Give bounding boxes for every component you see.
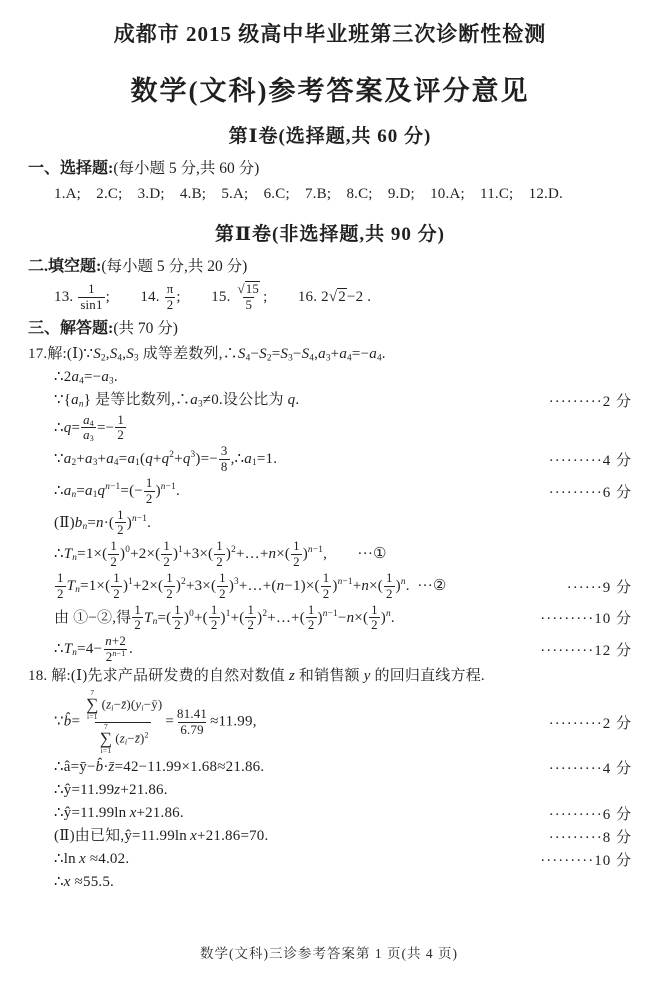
fraction: 12	[291, 539, 302, 570]
fraction: 12	[214, 539, 225, 570]
line-content: ∵b̂=7∑i=1(zi−z̄)(yi−ȳ)7∑i=1(zi−z̄)2=81.4…	[54, 689, 257, 756]
line-content: 18. 解:(Ⅰ)先求产品研发费的自然对数值 z 和销售额 y 的回归直线方程.	[28, 666, 485, 688]
score-mark: ·········10 分	[532, 607, 632, 628]
section-heading: 第Ⅱ卷(非选择题,共 90 分)	[28, 219, 632, 246]
part-heading: 二.填空题:(每小题 5 分,共 20 分)	[28, 255, 632, 279]
answer-key-title: 数学(文科)参考答案及评分意见	[28, 69, 632, 108]
solution-line: ∴Tn=1×(12)0+2×(12)1+3×(12)2+…+n×(12)n−1,…	[28, 539, 632, 570]
solution-line: 由 ①−②,得12Tn=(12)0+(12)1+(12)2+…+(12)n−1−…	[28, 603, 632, 634]
radical: √15	[238, 281, 261, 296]
score-mark: ·········4 分	[541, 449, 632, 470]
line-content: 12Tn=1×(12)1+2×(12)2+3×(12)3+…+(n−1)×(12…	[54, 571, 447, 602]
document-page: 成都市 2015 级高中毕业班第三次诊断性检测 数学(文科)参考答案及评分意见 …	[0, 0, 658, 984]
fraction: 12	[384, 571, 395, 602]
part-heading-label: 一、选择题:	[28, 160, 113, 177]
line-content: ∴ln x ≈4.02.	[54, 849, 129, 871]
fraction: 12	[172, 603, 183, 634]
summation: 7∑i=1	[100, 723, 112, 756]
part-heading-note: (每小题 5 分,共 60 分)	[113, 160, 259, 177]
fraction: 12	[245, 603, 256, 634]
solution-line: (Ⅱ)由已知,ŷ=11.99ln x+21.86=70.·········8 分	[28, 825, 632, 847]
fraction: 12	[115, 508, 126, 539]
document-body: 第Ⅰ卷(选择题,共 60 分)一、选择题:(每小题 5 分,共 60 分)1.A…	[28, 121, 632, 893]
line-content: 1.A; 2.C; 3.D; 4.B; 5.A; 6.C; 7.B; 8.C; …	[54, 184, 563, 206]
score-mark: ·········8 分	[541, 826, 632, 847]
answer-line: 1.A; 2.C; 3.D; 4.B; 5.A; 6.C; 7.B; 8.C; …	[28, 184, 632, 206]
fraction: 12	[321, 571, 332, 602]
score-mark: ·········4 分	[541, 757, 632, 778]
fraction: π2	[165, 282, 176, 313]
line-content: ∴an=a1qn−1=(−12)n−1.	[54, 476, 180, 507]
fraction: 1sin1	[78, 282, 104, 313]
fraction: 38	[219, 444, 230, 475]
solution-line: ∴ln x ≈4.02.·········10 分	[28, 848, 632, 870]
solution-line: 17.解:(Ⅰ)∵S2,S4,S3 成等差数列,∴S4−S2=S3−S4,a3+…	[28, 344, 632, 366]
solution-line: ∵b̂=7∑i=1(zi−z̄)(yi−ȳ)7∑i=1(zi−z̄)2=81.4…	[28, 689, 632, 756]
fraction: 7∑i=1(zi−z̄)(yi−ȳ)7∑i=1(zi−z̄)2	[81, 689, 164, 756]
score-mark: ·········10 分	[532, 849, 632, 870]
line-content: 13. 1sin1; 14. π2; 15. √155; 16. 2√2−2 .	[54, 282, 371, 313]
part-heading-note: (每小题 5 分,共 20 分)	[101, 258, 247, 275]
page-footer: 数学(文科)三诊参考答案第 1 页(共 4 页)	[0, 942, 658, 962]
score-mark: ·········2 分	[541, 390, 632, 411]
score-mark: ·········12 分	[532, 639, 632, 660]
line-content: ∴â=ȳ−b̂·z̄=42−11.99×1.68≈21.86.	[54, 757, 264, 779]
fraction: n+22n−1	[103, 634, 128, 665]
score-mark: ·········6 分	[541, 481, 632, 502]
fraction: 12	[369, 603, 380, 634]
fraction: a4a3	[81, 413, 96, 444]
fraction: 12	[108, 539, 119, 570]
fraction: 12	[209, 603, 220, 634]
line-content: ∴ŷ=11.99ln x+21.86.	[54, 803, 184, 825]
fraction: 12	[164, 571, 175, 602]
line-content: 17.解:(Ⅰ)∵S2,S4,S3 成等差数列,∴S4−S2=S3−S4,a3+…	[28, 344, 386, 366]
solution-line: ∴Tn=4−n+22n−1.·········12 分	[28, 634, 632, 665]
part-heading: 三、解答题:(共 70 分)	[28, 317, 632, 341]
part-heading: 一、选择题:(每小题 5 分,共 60 分)	[28, 157, 632, 181]
fraction: 12	[306, 603, 317, 634]
fraction: 12	[111, 571, 122, 602]
solution-line: ∴ŷ=11.99ln x+21.86.·········6 分	[28, 802, 632, 824]
fraction: 12	[161, 539, 172, 570]
solution-line: ∵{an} 是等比数列,∴a3≠0.设公比为 q.·········2 分	[28, 390, 632, 412]
line-content: ∴x ≈55.5.	[54, 872, 114, 894]
solution-line: ∴â=ȳ−b̂·z̄=42−11.99×1.68≈21.86.·········…	[28, 756, 632, 778]
fraction: 12	[55, 571, 66, 602]
line-content: ∴q=a4a3=−12	[54, 413, 127, 444]
solution-line: (Ⅱ)bn=n·(12)n−1.	[28, 508, 632, 539]
exam-title: 成都市 2015 级高中毕业班第三次诊断性检测	[28, 18, 632, 48]
solution-line: ∴x ≈55.5.	[28, 871, 632, 893]
solution-line: ∵a2+a3+a4=a1(q+q2+q3)=−38,∴a1=1.········…	[28, 444, 632, 475]
summation: 7∑i=1	[86, 689, 98, 722]
radical: √2	[329, 288, 347, 305]
section-heading: 第Ⅰ卷(选择题,共 60 分)	[28, 121, 632, 148]
part-heading-label: 二.填空题:	[28, 258, 101, 275]
solution-line: ∴an=a1qn−1=(−12)n−1.·········6 分	[28, 476, 632, 507]
line-content: ∵{an} 是等比数列,∴a3≠0.设公比为 q.	[54, 390, 299, 412]
fraction: 12	[217, 571, 228, 602]
fraction: √155	[236, 282, 263, 313]
part-heading-label: 三、解答题:	[28, 320, 113, 337]
score-mark: ·········6 分	[541, 803, 632, 824]
fraction: 81.416.79	[175, 707, 209, 738]
solution-line: ∴2a4=−a3.	[28, 367, 632, 389]
part-heading-note: (共 70 分)	[113, 320, 178, 337]
line-content: ∴ŷ=11.99z+21.86.	[54, 780, 168, 802]
fraction: 12	[115, 413, 126, 444]
fraction: 12	[144, 476, 155, 507]
line-content: (Ⅱ)由已知,ŷ=11.99ln x+21.86=70.	[54, 826, 268, 848]
solution-line: 13. 1sin1; 14. π2; 15. √155; 16. 2√2−2 .	[28, 282, 632, 313]
line-content: ∴2a4=−a3.	[54, 367, 118, 389]
solution-line: 18. 解:(Ⅰ)先求产品研发费的自然对数值 z 和销售额 y 的回归直线方程.	[28, 666, 632, 688]
line-content: ∴Tn=1×(12)0+2×(12)1+3×(12)2+…+n×(12)n−1,…	[54, 539, 387, 570]
line-content: ∴Tn=4−n+22n−1.	[54, 634, 133, 665]
line-content: (Ⅱ)bn=n·(12)n−1.	[54, 508, 151, 539]
solution-line: ∴ŷ=11.99z+21.86.	[28, 779, 632, 801]
score-mark: ·········2 分	[541, 712, 632, 733]
fraction: 12	[132, 603, 143, 634]
score-mark: ······9 分	[559, 576, 632, 597]
solution-line: 12Tn=1×(12)1+2×(12)2+3×(12)3+…+(n−1)×(12…	[28, 571, 632, 602]
solution-line: ∴q=a4a3=−12	[28, 413, 632, 444]
line-content: ∵a2+a3+a4=a1(q+q2+q3)=−38,∴a1=1.	[54, 444, 277, 475]
line-content: 由 ①−②,得12Tn=(12)0+(12)1+(12)2+…+(12)n−1−…	[54, 603, 395, 634]
